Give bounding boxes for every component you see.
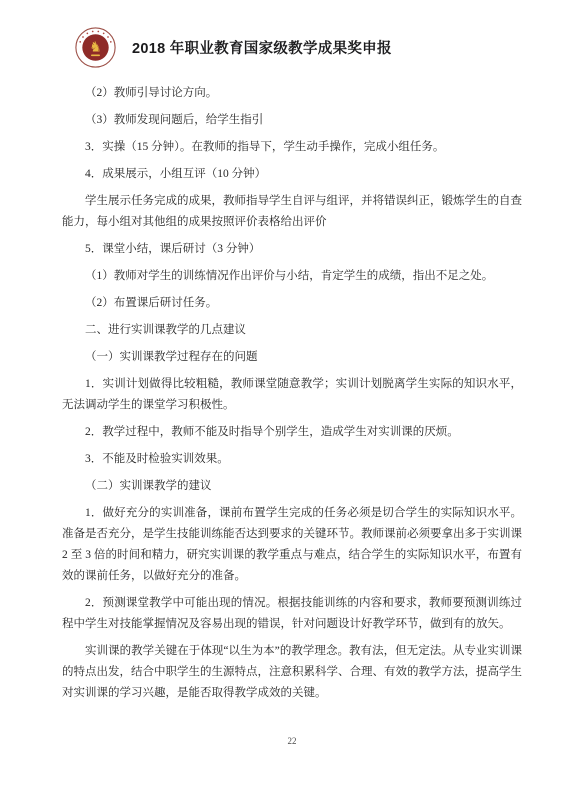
paragraph: （一）实训课教学过程存在的问题 (62, 347, 522, 368)
paragraph: 4．成果展示，小组互评（10 分钟） (62, 164, 522, 185)
paragraph: （1）教师对学生的训练情况作出评价与小结，肯定学生的成绩，指出不足之处。 (62, 266, 522, 287)
paragraph: 学生展示任务完成的成果，教师指导学生自评与组评，并将错误纠正，锻炼学生的自查能力… (62, 191, 522, 233)
paragraph: 实训课的教学关键在于体现“以生为本”的教学理念。教有法，但无定法。从专业实训课的… (62, 641, 522, 704)
horse-icon: ♞ (89, 40, 102, 56)
paragraph: 1．实训计划做得比较粗糙，教师课堂随意教学；实训计划脱离学生实际的知识水平，无法… (62, 374, 522, 416)
paragraph: 3．实操（15 分钟）。在教师的指导下，学生动手操作，完成小组任务。 (62, 137, 522, 158)
page-header: ♞ 2018 年职业教育国家级教学成果奖申报 (75, 27, 392, 68)
paragraph: 2．预测课堂教学中可能出现的情况。根据技能训练的内容和要求，教师要预测训练过程中… (62, 593, 522, 635)
paragraph: （2）教师引导讨论方向。 (62, 83, 522, 104)
page-number: 22 (288, 736, 297, 746)
page-footer: 22 (62, 736, 522, 746)
paragraph: 1．做好充分的实训准备，课前布置学生完成的任务必须是切合学生的实际知识水平。准备… (62, 503, 522, 587)
paragraph: 2．教学过程中，教师不能及时指导个别学生，造成学生对实训课的厌烦。 (62, 422, 522, 443)
seal-bottom-text-bar (91, 55, 100, 57)
paragraph: （2）布置课后研讨任务。 (62, 293, 522, 314)
paragraph: （二）实训课教学的建议 (62, 476, 522, 497)
school-seal-logo: ♞ (75, 27, 116, 68)
paragraph: 5．课堂小结，课后研讨（3 分钟） (62, 239, 522, 260)
document-title: 2018 年职业教育国家级教学成果奖申报 (132, 37, 392, 58)
document-body: （2）教师引导讨论方向。 （3）教师发现问题后，给学生指引 3．实操（15 分钟… (62, 83, 522, 710)
document-page: ♞ 2018 年职业教育国家级教学成果奖申报 （2）教师引导讨论方向。 （3）教… (0, 0, 566, 800)
paragraph: 3．不能及时检验实训效果。 (62, 449, 522, 470)
paragraph: （3）教师发现问题后，给学生指引 (62, 110, 522, 131)
paragraph: 二、进行实训课教学的几点建议 (62, 320, 522, 341)
